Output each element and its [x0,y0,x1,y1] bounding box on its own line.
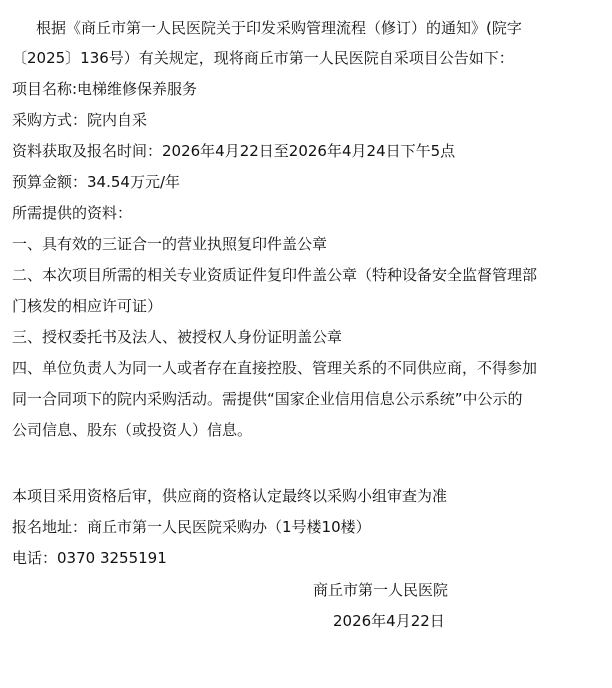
requirement-3: 三、授权委托书及法人、被授权人身份证明盖公章 [12,327,342,347]
requirement-4-line-2: 同一合同项下的院内采购活动。需提供“国家企业信用信息公示系统”中公示的 [12,389,523,409]
requirement-2-line-2: 门核发的相应许可证） [12,296,162,316]
registration-time: 资料获取及报名时间：2026年4月22日至2026年4月24日下午5点 [12,141,455,161]
required-materials-heading: 所需提供的资料： [12,203,132,223]
registration-address: 报名地址：商丘市第一人民医院采购办（1号楼10楼） [12,517,371,537]
procurement-method: 采购方式：院内自采 [12,110,147,130]
project-name: 项目名称:电梯维修保养服务 [12,79,197,99]
budget-amount: 预算金额：34.54万元/年 [12,172,180,192]
requirement-4-line-1: 四、单位负责人为同一人或者存在直接控股、管理关系的不同供应商，不得参加 [12,358,537,378]
signature-date: 2026年4月22日 [333,611,445,631]
intro-text-line-1: 根据《商丘市第一人民医院关于印发采购管理流程（修订）的通知》(院字 [36,18,522,38]
intro-text-line-2: 〔2025〕136号）有关规定，现将商丘市第一人民医院自采项目公告如下： [12,48,514,68]
requirement-4-line-3: 公司信息、股东（或投资人）信息。 [12,420,252,440]
contact-phone: 电话：0370 3255191 [12,548,167,568]
signature-organization: 商丘市第一人民医院 [313,580,448,600]
requirement-1: 一、具有效的三证合一的营业执照复印件盖公章 [12,234,327,254]
qualification-review: 本项目采用资格后审，供应商的资格认定最终以采购小组审查为准 [12,486,447,506]
requirement-2-line-1: 二、本次项目所需的相关专业资质证件复印件盖公章（特种设备安全监督管理部 [12,265,537,285]
